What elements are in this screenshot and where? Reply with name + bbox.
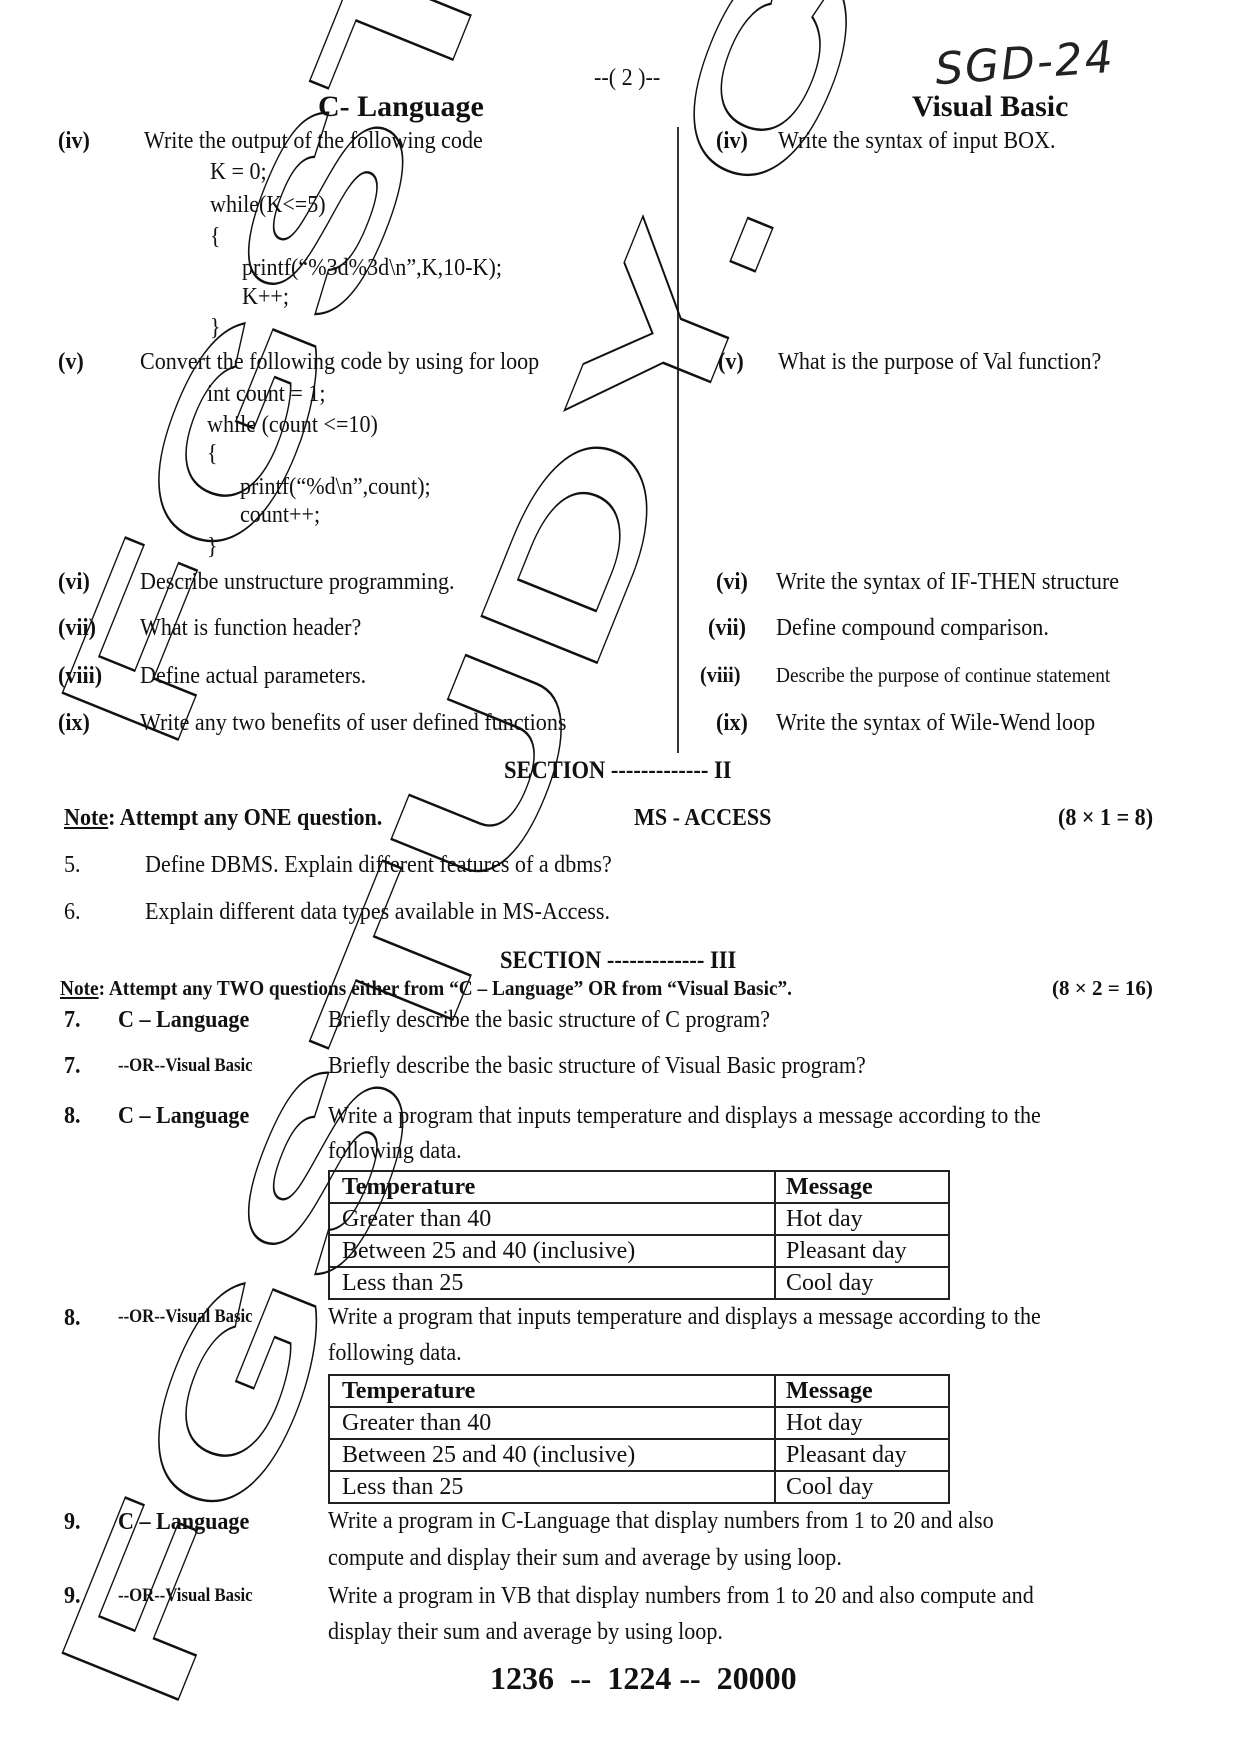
question-text: What is function header? [140,616,361,640]
question-text: Write the syntax of IF-THEN structure [776,570,1119,594]
question-number: (iv) [716,129,748,153]
note-label: Note [64,805,108,831]
question-number: 7. [64,1008,81,1032]
table-cell: Pleasant day [775,1235,949,1267]
question-text: Write the syntax of input BOX. [778,129,1056,153]
column-divider [677,127,679,753]
question-text: following data. [328,1341,462,1365]
code-line: { [207,442,218,466]
table-row: Less than 25 Cool day [329,1471,949,1503]
question-number: (vi) [58,570,90,594]
table-header: Temperature [329,1171,775,1203]
code-line: } [210,316,221,340]
question-subject-label: C – Language [118,1510,249,1534]
handwritten-code: SGD-24 [934,36,1116,92]
table-cell: Cool day [775,1267,949,1299]
question-number: (vii) [58,616,96,640]
question-text: Briefly describe the basic structure of … [328,1008,770,1032]
question-subject-label: C – Language [118,1104,249,1128]
section-2-title: SECTION ------------- II [504,758,731,783]
page-number: --( 2 )-- [594,66,660,90]
question-number: 5. [64,853,81,877]
table-cell: Less than 25 [329,1267,775,1299]
section-2-note: Note: Attempt any ONE question. [64,806,382,830]
section-2-marks: (8 × 1 = 8) [1058,806,1153,830]
question-number: 6. [64,900,81,924]
table-row: Greater than 40 Hot day [329,1203,949,1235]
question-text: Write the output of the following code [144,129,483,153]
question-number: (viii) [58,664,102,688]
question-text: Convert the following code by using for … [140,350,539,374]
question-subject-label: --OR--Visual Basic [118,1586,253,1605]
question-number: (vii) [708,616,746,640]
question-number: (ix) [58,711,90,735]
question-text: Write a program that inputs temperature … [328,1104,1041,1128]
question-subject-label: C – Language [118,1008,249,1032]
table-cell: Cool day [775,1471,949,1503]
section-3-note: Note: Attempt any TWO questions either f… [60,978,792,999]
section-3-title: SECTION ------------- III [500,948,736,973]
question-text: compute and display their sum and averag… [328,1546,842,1570]
question-text: Explain different data types available i… [145,900,610,924]
question-text: Define actual parameters. [140,664,366,688]
code-line: printf(“%3d%3d\n”,K,10-K); [242,256,502,280]
table-row: Greater than 40 Hot day [329,1407,949,1439]
question-number: (ix) [716,711,748,735]
note-label: Note [60,976,99,1000]
question-text: Define DBMS. Explain different features … [145,853,612,877]
temperature-table: Temperature Message Greater than 40 Hot … [328,1374,950,1504]
code-line: K++; [242,285,289,309]
table-header: Message [775,1171,949,1203]
question-text: Write a program in VB that display numbe… [328,1584,1034,1608]
question-text: following data. [328,1139,462,1163]
question-subject-label: --OR--Visual Basic [118,1307,253,1326]
table-row: Less than 25 Cool day [329,1267,949,1299]
question-number: (viii) [700,664,740,686]
question-text: Write any two benefits of user defined f… [140,711,566,735]
table-header: Temperature [329,1375,775,1407]
code-line: printf(“%d\n”,count); [240,475,431,499]
note-text: : Attempt any TWO questions either from … [99,976,792,1000]
question-text: Briefly describe the basic structure of … [328,1054,866,1078]
table-cell: Greater than 40 [329,1203,775,1235]
table-cell: Between 25 and 40 (inclusive) [329,1235,775,1267]
table-cell: Greater than 40 [329,1407,775,1439]
question-text: Write a program that inputs temperature … [328,1305,1041,1329]
code-line: } [207,535,218,559]
code-line: while(K<=5) [210,193,326,217]
table-row: Between 25 and 40 (inclusive) Pleasant d… [329,1439,949,1471]
table-cell: Less than 25 [329,1471,775,1503]
table-cell: Hot day [775,1407,949,1439]
question-number: 8. [64,1306,81,1330]
question-text: Describe the purpose of continue stateme… [776,665,1110,686]
question-number: 9. [64,1584,81,1608]
question-number: 7. [64,1054,81,1078]
question-text: Define compound comparison. [776,616,1049,640]
code-line: K = 0; [210,160,267,184]
question-number: (iv) [58,129,90,153]
section-3-marks: (8 × 2 = 16) [1052,978,1153,999]
table-cell: Between 25 and 40 (inclusive) [329,1439,775,1471]
question-number: 9. [64,1510,81,1534]
c-language-heading: C- Language [318,92,484,122]
question-text: Describe unstructure programming. [140,570,455,594]
visual-basic-heading: Visual Basic [912,92,1068,122]
question-subject-label: --OR--Visual Basic [118,1056,253,1075]
code-line: { [210,225,221,249]
temperature-table: Temperature Message Greater than 40 Hot … [328,1170,950,1300]
question-text: Write the syntax of Wile-Wend loop [776,711,1095,735]
table-cell: Hot day [775,1203,949,1235]
question-number: (v) [718,350,744,374]
code-line: while (count <=10) [207,413,378,437]
question-text: What is the purpose of Val function? [778,350,1101,374]
section-2-subject: MS - ACCESS [634,806,771,830]
table-header: Message [775,1375,949,1407]
table-header-row: Temperature Message [329,1171,949,1203]
table-row: Between 25 and 40 (inclusive) Pleasant d… [329,1235,949,1267]
question-number: 8. [64,1104,81,1128]
note-text: : Attempt any ONE question. [108,805,382,831]
question-number: (vi) [716,570,748,594]
question-text: display their sum and average by using l… [328,1620,723,1644]
paper-code-footer: 1236 -- 1224 -- 20000 [490,1662,797,1694]
table-header-row: Temperature Message [329,1375,949,1407]
question-number: (v) [58,350,84,374]
question-text: Write a program in C-Language that displ… [328,1509,994,1533]
code-line: int count = 1; [207,382,326,406]
table-cell: Pleasant day [775,1439,949,1471]
code-line: count++; [240,503,320,527]
